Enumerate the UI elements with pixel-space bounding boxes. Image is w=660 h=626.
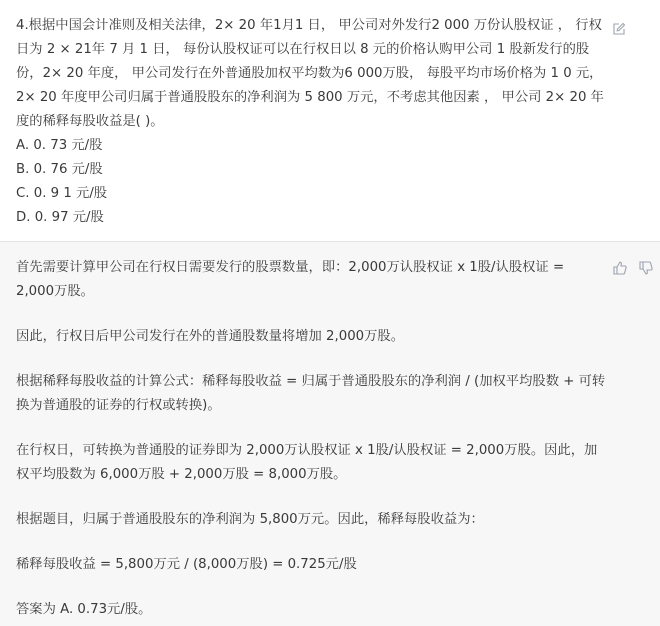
question-text: 4.根据中国会计准则及相关法律，2× 20 年1月1 日， 甲公司对外发行2 0… <box>16 14 606 134</box>
option-d: D. 0. 97 元/股 <box>16 206 660 230</box>
feedback-buttons <box>612 260 654 276</box>
question-message: 4.根据中国会计准则及相关法律，2× 20 年1月1 日， 甲公司对外发行2 0… <box>0 0 660 242</box>
option-c: C. 0. 9 1 元/股 <box>16 182 660 206</box>
answer-paragraph: 根据稀释每股收益的计算公式：稀释每股收益 = 归属于普通股股东的净利润 / (加… <box>16 370 606 418</box>
answer-paragraph: 根据题目，归属于普通股股东的净利润为 5,800万元。因此，稀释每股收益为： <box>16 508 606 532</box>
answer-paragraph: 稀释每股收益 = 5,800万元 / (8,000万股) = 0.725元/股 <box>16 553 606 577</box>
thumbs-up-icon[interactable] <box>612 260 628 276</box>
answer-paragraph: 在行权日，可转换为普通股的证券即为 2,000万认股权证 x 1股/认股权证 =… <box>16 439 606 487</box>
edit-icon[interactable] <box>612 21 626 35</box>
thumbs-down-icon[interactable] <box>638 260 654 276</box>
answer-paragraph: 答案为 A. 0.73元/股。 <box>16 598 606 622</box>
answer-paragraph: 因此，行权日后甲公司发行在外的普通股数量将增加 2,000万股。 <box>16 325 606 349</box>
answer-message: 首先需要计算甲公司在行权日需要发行的股票数量，即：2,000万认股权证 x 1股… <box>0 242 660 622</box>
answer-paragraph: 首先需要计算甲公司在行权日需要发行的股票数量，即：2,000万认股权证 x 1股… <box>16 256 606 304</box>
option-b: B. 0. 76 元/股 <box>16 158 660 182</box>
option-a: A. 0. 73 元/股 <box>16 134 660 158</box>
